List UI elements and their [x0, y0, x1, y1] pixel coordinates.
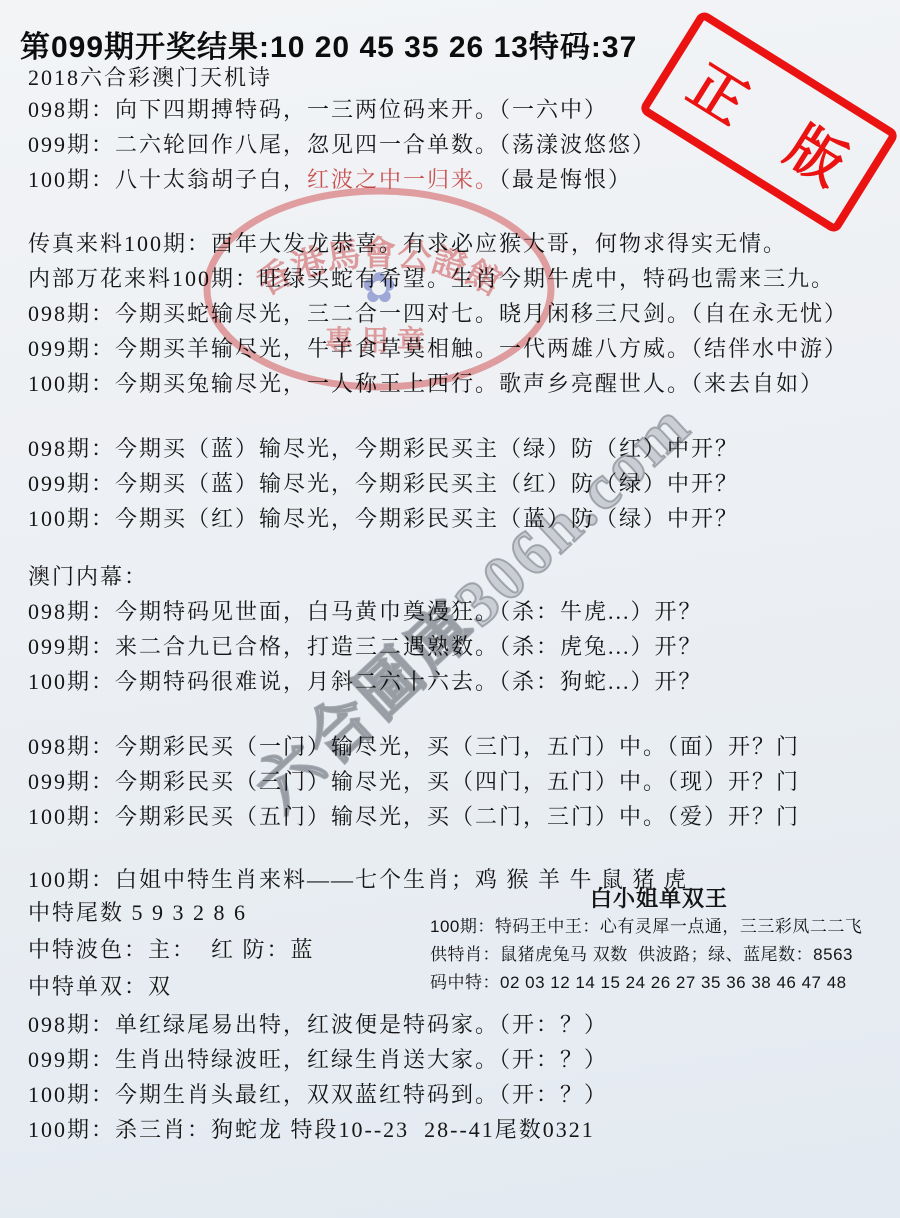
- fax-section: 传真来料100期：酉年大发龙恭喜。有求必应猴大哥，何物求得实无情。 内部万花来料…: [28, 226, 848, 401]
- bottom-line: 099期：生肖出特绿波旺，红绿生肖送大家。（开：？）: [28, 1042, 608, 1077]
- poem-heading: 2018六合彩澳门天机诗: [28, 64, 656, 92]
- macau-section: 澳门内幕： 098期：今期特码见世面，白马黄巾奠漫狂。（杀：牛虎...）开？ 0…: [28, 559, 703, 699]
- color-tip-line: 100期：今期买（红）输尽光，今期彩民买主（蓝）防（绿）中开？: [28, 501, 739, 536]
- macau-line: 098期：今期特码见世面，白马黄巾奠漫狂。（杀：牛虎...）开？: [28, 594, 703, 629]
- poem-line: 099期：二六轮回作八尾，忽见四一合单数。（荡漾波悠悠）: [28, 127, 656, 162]
- poem-line: 100期：八十太翁胡子白，红波之中一归来。（最是悔恨）: [28, 162, 656, 197]
- poem-section: 2018六合彩澳门天机诗 098期：向下四期搏特码，一三两位码来开。（一六中） …: [28, 64, 656, 197]
- color-tip-line: 098期：今期买（蓝）输尽光，今期彩民买主（绿）防（红）中开？: [28, 431, 739, 466]
- door-line: 100期：今期彩民买（五门）输尽光，买（二门，三门）中。（爱）开？门: [28, 799, 800, 834]
- color-tip-line: 099期：今期买（蓝）输尽光，今期彩民买主（红）防（绿）中开？: [28, 466, 739, 501]
- fax-line: 传真来料100期：酉年大发龙恭喜。有求必应猴大哥，何物求得实无情。: [28, 226, 848, 261]
- fax-line: 099期：今期买羊输尽光，牛羊食草莫相触。一代两雄八方威。（结伴水中游）: [28, 331, 848, 366]
- authentic-stamp: 正 版: [638, 9, 900, 235]
- white-lady-line: 供特肖：鼠猪虎兔马 双数 供波路；绿、蓝尾数：8563: [430, 942, 888, 968]
- white-lady-box: 白小姐单双王 100期：特码王中王：心有灵犀一点通，三三彩凤二二飞 供特肖：鼠猪…: [430, 886, 888, 1005]
- white-lady-line: 码中特：02 03 12 14 15 24 26 27 35 36 38 46 …: [430, 970, 888, 996]
- macau-line: 100期：今期特码很难说，月斜二六十六去。（杀：狗蛇...）开？: [28, 664, 703, 699]
- macau-line: 099期：来二合九已合格，打造三二遇熟数。（杀：虎兔...）开？: [28, 629, 703, 664]
- macau-heading: 澳门内幕：: [28, 559, 703, 594]
- white-lady-title: 白小姐单双王: [430, 886, 888, 912]
- door-line: 099期：今期彩民买（三门）输尽光，买（四门，五门）中。（现）开？门: [28, 764, 800, 799]
- page-title: 第099期开奖结果:10 20 45 35 26 13特码:37: [20, 22, 637, 66]
- fax-line: 100期：今期买兔输尽光，一人称王上西行。歌声乡亮醒世人。（来去自如）: [28, 366, 848, 401]
- tail-numbers: 中特尾数 5 9 3 2 8 6: [28, 894, 430, 931]
- bottom-section: 098期：单红绿尾易出特，红波便是特码家。（开：？） 099期：生肖出特绿波旺，…: [28, 1007, 608, 1147]
- two-column-zone: 中特尾数 5 9 3 2 8 6 中特波色：主： 红 防：蓝 中特单双：双 白小…: [28, 886, 888, 1005]
- odd-even: 中特单双：双: [28, 968, 430, 1005]
- white-lady-line: 100期：特码王中王：心有灵犀一点通，三三彩凤二二飞: [430, 914, 888, 940]
- lottery-tip-sheet: 第099期开奖结果:10 20 45 35 26 13特码:37 2018六合彩…: [0, 0, 900, 1218]
- fax-line: 内部万花来料100期：旺绿买蛇有希望。生肖今期牛虎中，特码也需来三九。: [28, 261, 848, 296]
- wave-color: 中特波色：主： 红 防：蓝: [28, 931, 430, 968]
- bottom-line: 100期：杀三肖：狗蛇龙 特段10--23 28--41尾数0321: [28, 1112, 608, 1147]
- color-tips-section: 098期：今期买（蓝）输尽光，今期彩民买主（绿）防（红）中开？ 099期：今期买…: [28, 431, 739, 536]
- door-line: 098期：今期彩民买（一门）输尽光，买（三门，五门）中。（面）开？门: [28, 729, 800, 764]
- poem-line-suffix: （最是悔恨）: [499, 167, 632, 192]
- poem-line-red-phrase: 红波之中一归来。: [307, 167, 499, 192]
- poem-line-prefix: 100期：八十太翁胡子白，: [28, 167, 307, 192]
- fax-line: 098期：今期买蛇输尽光，三二合一四对七。晓月闲移三尺剑。（自在永无忧）: [28, 296, 848, 331]
- doors-section: 098期：今期彩民买（一门）输尽光，买（三门，五门）中。（面）开？门 099期：…: [28, 729, 800, 834]
- bottom-line: 098期：单红绿尾易出特，红波便是特码家。（开：？）: [28, 1007, 608, 1042]
- bottom-line: 100期：今期生肖头最红，双双蓝红特码到。（开：？）: [28, 1077, 608, 1112]
- baijie-detail-column: 中特尾数 5 9 3 2 8 6 中特波色：主： 红 防：蓝 中特单双：双: [28, 886, 430, 1005]
- poem-line: 098期：向下四期搏特码，一三两位码来开。（一六中）: [28, 92, 656, 127]
